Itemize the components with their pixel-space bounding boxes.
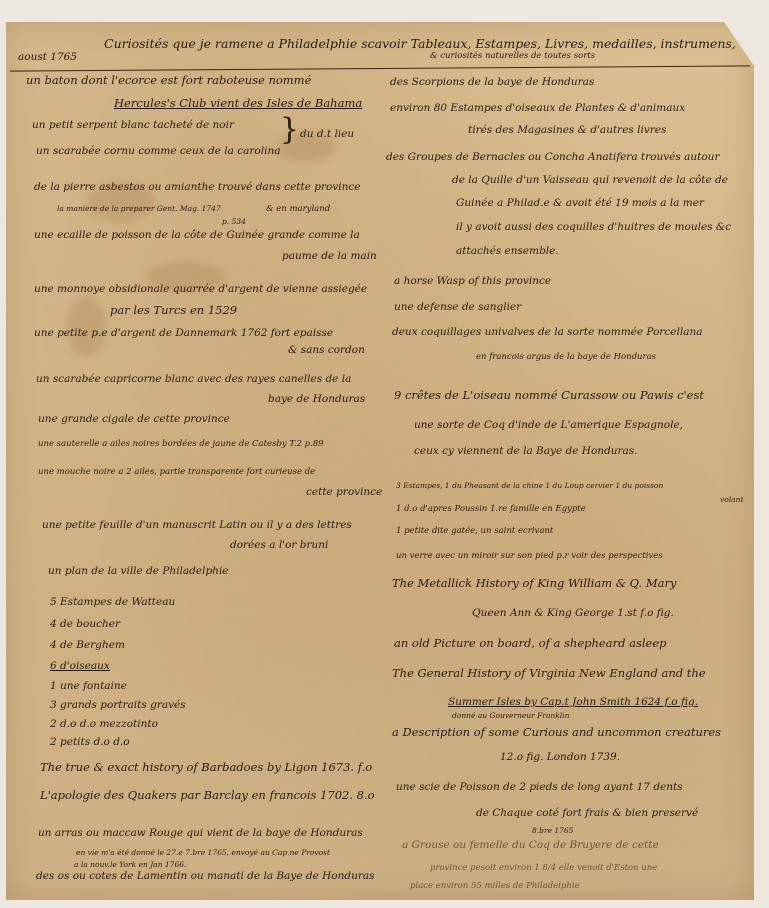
list-item: deux coquillages univalves de la sorte n… [392,327,703,338]
page-title: Curiosités que je ramene a Philadelphie … [104,38,736,51]
list-item: un petit serpent blanc tacheté de noir [32,120,234,131]
list-item: an old Picture on board, of a shepheard … [394,638,667,650]
list-item-note: & en maryland [266,205,330,214]
list-item: une petite feuille d'un manuscrit Latin … [42,520,352,531]
list-item: un scarabée cornu comme ceux de la carol… [36,146,280,157]
list-item: 12.o fig. London 1739. [500,752,620,763]
list-item: Hercules's Club vient des Isles de Baham… [114,98,362,110]
list-item-note: p. 534 [222,218,246,226]
list-item: cette province [306,487,382,498]
list-item: une monnoye obsidionale quarrée d'argent… [34,284,367,295]
list-item-note: 8.bre 1765 [532,827,573,835]
list-item: L'apologie des Quakers par Barclay en fr… [40,790,375,802]
list-item: baye de Honduras [268,394,365,405]
list-item: il y avoit aussi des coquilles d'huitres… [456,222,731,233]
list-item: 3 grands portraits gravés [50,700,186,711]
date: aoust 1765 [18,52,77,63]
list-item: dorées a l'or bruni [230,540,328,551]
list-item: de la pierre asbestos ou amianthe trouvé… [34,182,360,193]
list-item: paume de la main [282,251,377,262]
list-item: environ 80 Estampes d'oiseaux de Plantes… [390,103,685,114]
list-item: 5 Estampes de Watteau [50,597,175,608]
list-item: The true & exact history of Barbadoes by… [40,762,372,774]
list-item: 6 d'oiseaux [50,661,110,672]
list-item: 3 Estampes, 1 du Pheasant de la chine 1 … [396,482,663,490]
list-item: 4 de Berghem [50,640,125,651]
list-item: province pesoit environ 1 8/4 elle venoi… [430,864,657,873]
list-item: une ecaille de poisson de la côte de Gui… [34,230,360,241]
list-item: 9 crêtes de L'oiseau nommé Curassow ou P… [394,390,704,402]
list-item: 1 petite dite gatée, un saint ecrivant [396,527,553,536]
list-item-note: a la nouv.le York en Jan 1766. [74,861,186,869]
list-item: 2 d.o d.o mezzotinto [50,719,158,730]
list-item: 4 de boucher [50,619,120,630]
list-item: un arras ou maccaw Rouge qui vient de la… [38,828,363,839]
list-item: du d.t lieu [300,129,354,140]
list-item: de Chaque coté fort frais & bien preserv… [476,808,698,819]
list-item: des Scorpions de la baye de Honduras [390,77,594,88]
list-item: a horse Wasp of this province [394,276,551,287]
brace-icon: } [280,112,299,147]
list-item: une petite p.e d'argent de Dannemark 176… [34,328,333,339]
list-item: une scie de Poisson de 2 pieds de long a… [396,782,683,793]
list-item: & sans cordon [288,345,365,356]
list-item: The Metallick History of King William & … [392,578,676,590]
list-item: un verre avec un miroir sur son pied p.r… [396,552,663,561]
list-item: Summer Isles by Cap.t John Smith 1624 f.… [448,697,698,708]
list-item: de la Quille d'un Vaisseau qui revenoit … [452,175,728,186]
list-item: The General History of Virginia New Engl… [392,668,706,680]
list-item: une sorte de Coq d'inde de L'amerique Es… [414,420,683,431]
list-item: une sauterelle a ailes noires bordées de… [38,440,324,449]
list-item: ceux cy viennent de la Baye de Honduras. [414,446,638,457]
list-item: une grande cigale de cette province [38,414,230,425]
list-item: Guinée a Philad.e & avoit été 19 mois a … [456,198,704,209]
page-title-line2: & curiosités naturelles de toutes sorts [430,52,595,61]
list-item: en francois argus de la baye de Honduras [476,353,656,362]
list-item-note: donné au Gouverneur Franklin [452,712,569,720]
list-item-note: en vie m'a été donné le 27.e 7.bre 1765,… [76,849,330,857]
list-item: des Groupes de Bernacles ou Concha Anati… [386,152,719,163]
list-item: a Description of some Curious and uncomm… [392,727,721,739]
list-item: place environ 55 milles de Philadelphie [410,882,580,891]
list-item: un scarabée capricorne blanc avec des ra… [36,374,351,385]
list-item-note: volant [720,496,743,504]
list-item: 1 une fontaine [50,681,127,692]
list-item: tirés des Magasines & d'autres livres [468,125,666,136]
list-item: 2 petits d.o d.o [50,737,130,748]
list-item: une defense de sanglier [394,302,521,313]
list-item-note: la maniere de la preparer Gent. Mag. 174… [57,205,221,213]
list-item: une mouche noire a 2 ailes, partie trans… [38,468,315,477]
list-item: par les Turcs en 1529 [110,305,237,317]
list-item: 1 d.o d'apres Poussin 1.re famille en Eg… [396,505,586,514]
list-item: attachés ensemble. [456,246,559,257]
list-item: un baton dont l'ecorce est fort raboteus… [26,75,311,87]
list-item: des os ou cotes de Lamentin ou manati de… [36,871,375,882]
list-item: Queen Ann & King George 1.st f.o fig. [472,608,674,619]
list-item: un plan de la ville de Philadelphie [48,566,229,577]
list-item: a Grouse ou femelle du Coq de Bruyere de… [402,840,659,851]
